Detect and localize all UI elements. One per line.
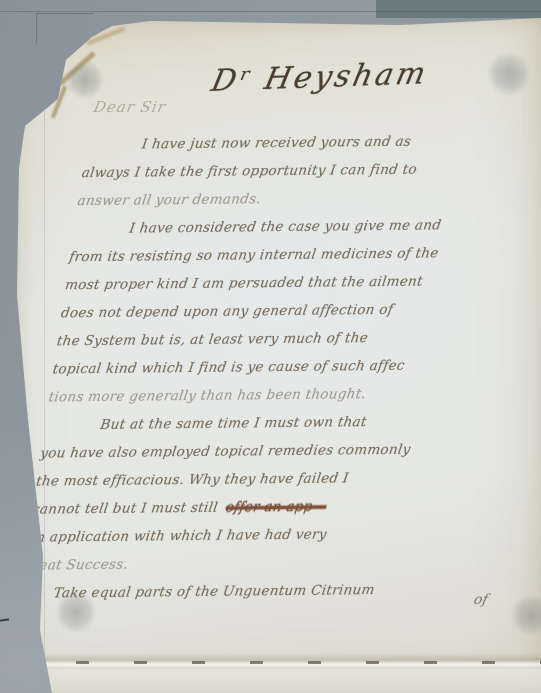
manuscript-line: the most efficacious. Why they have fail… — [34, 464, 418, 496]
manuscript-line: the System but is, at least very much of… — [55, 323, 439, 355]
manuscript-line: But at the same time I must own that — [42, 407, 426, 439]
backdrop-ink-mark — [0, 618, 9, 621]
manuscript-line: an application with which I have had ver… — [26, 520, 410, 552]
manuscript-line: topical kind which I find is ye cause of… — [51, 351, 435, 383]
deleted-text: offer an app— — [225, 499, 328, 516]
manuscript-line: you have also employed topical remedies … — [38, 436, 422, 468]
manuscript-line: great Success. — [22, 548, 406, 580]
manuscript-line: most proper kind I am persuaded that the… — [63, 267, 447, 299]
letter-page: Dʳ Heysham Dear Sir I have just now rece… — [0, 0, 541, 693]
manuscript-line: I have considered the case you give me a… — [71, 211, 455, 243]
letter-body: I have just now received yours and asalw… — [18, 127, 468, 608]
letter-content: Dʳ Heysham Dear Sir I have just now rece… — [0, 0, 541, 693]
manuscript-line: always I take the first opportunity I ca… — [80, 155, 464, 187]
manuscript-line: Take equal parts of the Unguentum Citrin… — [18, 576, 402, 608]
manuscript-photo: Dʳ Heysham Dear Sir I have just now rece… — [0, 0, 541, 693]
manuscript-line: answer all your demands. — [76, 183, 460, 215]
backdrop-frame-line-vertical — [36, 13, 37, 43]
manuscript-line: I have just now received yours and as — [84, 127, 468, 159]
catchword: of — [472, 592, 489, 608]
backdrop-seam-line — [0, 11, 541, 12]
backdrop-frame-line-horizontal — [36, 13, 94, 14]
manuscript-line: does not depend upon any general affecti… — [59, 295, 443, 327]
manuscript-line: from its resisting so many internal medi… — [67, 239, 451, 271]
backdrop-shadow-band — [376, 0, 541, 18]
manuscript-line: tions more generally than has been thoug… — [47, 379, 431, 411]
letter-salutation: Dear Sir — [92, 98, 168, 116]
manuscript-line: cannot tell but I must stilloffer an app… — [30, 492, 414, 524]
letter-heading: Dʳ Heysham — [208, 56, 431, 99]
